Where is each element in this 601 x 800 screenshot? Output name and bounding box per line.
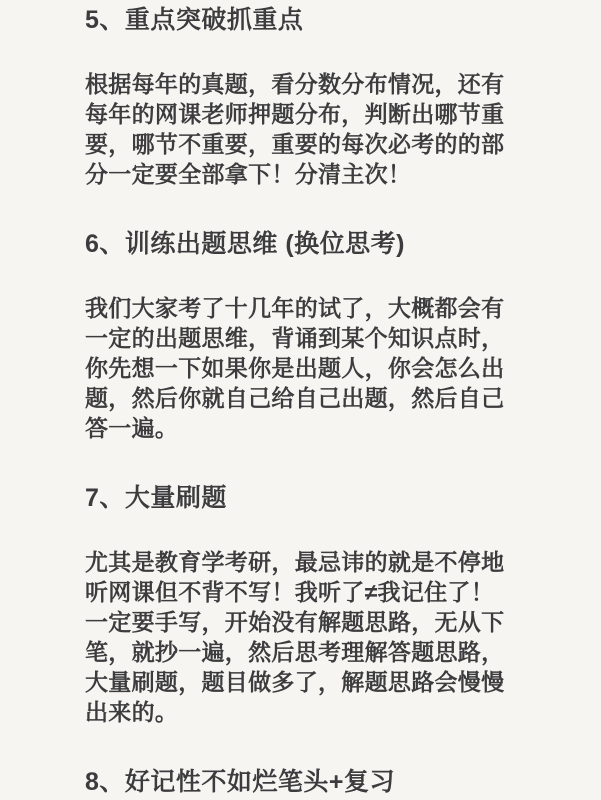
section-paragraph-6: 我们大家考了十几年的试了，大概都会有一定的出题思维，背诵到某个知识点时，你先想一… [85, 293, 515, 443]
section-heading-6: 6、训练出题思维 (换位思考) [85, 229, 515, 259]
text-line: 根据每年的真题，看分数分布情况，还有 [85, 69, 515, 99]
text-line: 笔，就抄一遍，然后思考理解答题思路， [85, 637, 515, 667]
section-tip-6: 6、训练出题思维 (换位思考) 我们大家考了十几年的试了，大概都会有一定的出题思… [85, 229, 515, 443]
text-line: 你先想一下如果你是出题人，你会怎么出 [85, 353, 515, 383]
text-line: 尤其是教育学考研，最忌讳的就是不停地 [85, 547, 515, 577]
text-line: 分一定要全部拿下！分清主次！ [85, 159, 515, 189]
text-line: 一定要手写，开始没有解题思路，无从下 [85, 607, 515, 637]
section-heading-5: 5、重点突破抓重点 [85, 5, 515, 35]
text-line: 大量刷题，题目做多了，解题思路会慢慢 [85, 667, 515, 697]
text-line: 每年的网课老师押题分布，判断出哪节重 [85, 99, 515, 129]
text-line: 听网课但不背不写！我听了≠我记住了！ [85, 577, 515, 607]
section-paragraph-5: 根据每年的真题，看分数分布情况，还有每年的网课老师押题分布，判断出哪节重要，哪节… [85, 69, 515, 189]
text-line: 出来的。 [85, 697, 515, 727]
text-line: 要，哪节不重要，重要的每次必考的的部 [85, 129, 515, 159]
text-line: 题，然后你就自己给自己出题，然后自己 [85, 383, 515, 413]
text-line: 一定的出题思维，背诵到某个知识点时， [85, 323, 515, 353]
section-paragraph-7: 尤其是教育学考研，最忌讳的就是不停地听网课但不背不写！我听了≠我记住了！一定要手… [85, 547, 515, 727]
section-tip-8: 8、好记性不如烂笔头+复习 [85, 767, 515, 797]
section-heading-8: 8、好记性不如烂笔头+复习 [85, 767, 515, 797]
section-tip-7: 7、大量刷题 尤其是教育学考研，最忌讳的就是不停地听网课但不背不写！我听了≠我记… [85, 483, 515, 727]
article-text-page: 5、重点突破抓重点 根据每年的真题，看分数分布情况，还有每年的网课老师押题分布，… [0, 0, 515, 797]
section-heading-7: 7、大量刷题 [85, 483, 515, 513]
text-line: 我们大家考了十几年的试了，大概都会有 [85, 293, 515, 323]
section-tip-5: 5、重点突破抓重点 根据每年的真题，看分数分布情况，还有每年的网课老师押题分布，… [85, 5, 515, 189]
text-line: 答一遍。 [85, 413, 515, 443]
